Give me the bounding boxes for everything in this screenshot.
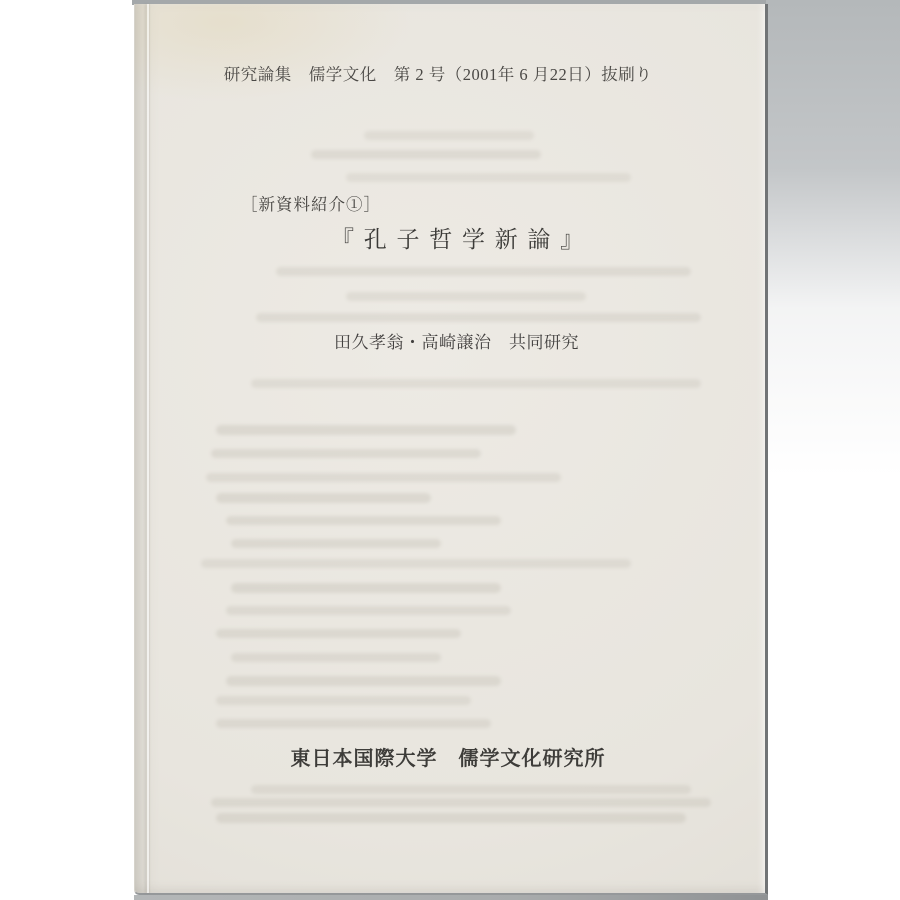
- show-through-line: [364, 131, 534, 140]
- photo-background: 研究論集 儒学文化 第 2 号（2001年 6 月22日）抜刷り ［新資料紹介①…: [0, 0, 900, 900]
- show-through-line: [311, 150, 541, 159]
- show-through-line: [226, 606, 511, 615]
- show-through-line: [216, 813, 686, 823]
- show-through-line: [216, 425, 516, 435]
- show-through-line: [226, 516, 501, 525]
- show-through-line: [201, 559, 631, 568]
- show-through-line: [231, 539, 441, 548]
- show-through-line: [346, 292, 586, 301]
- show-through-line: [216, 719, 491, 728]
- show-through-line: [276, 267, 691, 276]
- backdrop-shadow-right: [766, 0, 900, 560]
- show-through-line: [251, 379, 701, 388]
- book-title: 『 孔 子 哲 学 新 論 』: [331, 221, 585, 254]
- show-through-line: [231, 653, 441, 662]
- show-through-line: [226, 676, 501, 686]
- show-through-line: [251, 785, 691, 794]
- show-through-line: [216, 629, 461, 638]
- series-label: ［新資料紹介①］: [241, 191, 381, 215]
- journal-header: 研究論集 儒学文化 第 2 号（2001年 6 月22日）抜刷り: [123, 61, 753, 85]
- show-through-line: [346, 173, 631, 182]
- authors-line: 田久孝翁・高崎譲治 共同研究: [334, 328, 579, 353]
- backdrop-shadow-bottom: [134, 895, 768, 900]
- show-through-line: [211, 798, 711, 807]
- show-through-line: [231, 583, 501, 593]
- booklet-cover: 研究論集 儒学文化 第 2 号（2001年 6 月22日）抜刷り ［新資料紹介①…: [134, 4, 768, 895]
- show-through-line: [216, 493, 431, 503]
- show-through-line: [211, 449, 481, 458]
- show-through-line: [216, 696, 471, 705]
- show-through-line: [256, 313, 701, 322]
- institution-line: 東日本国際大学 儒学文化研究所: [133, 742, 763, 771]
- show-through-line: [206, 473, 561, 482]
